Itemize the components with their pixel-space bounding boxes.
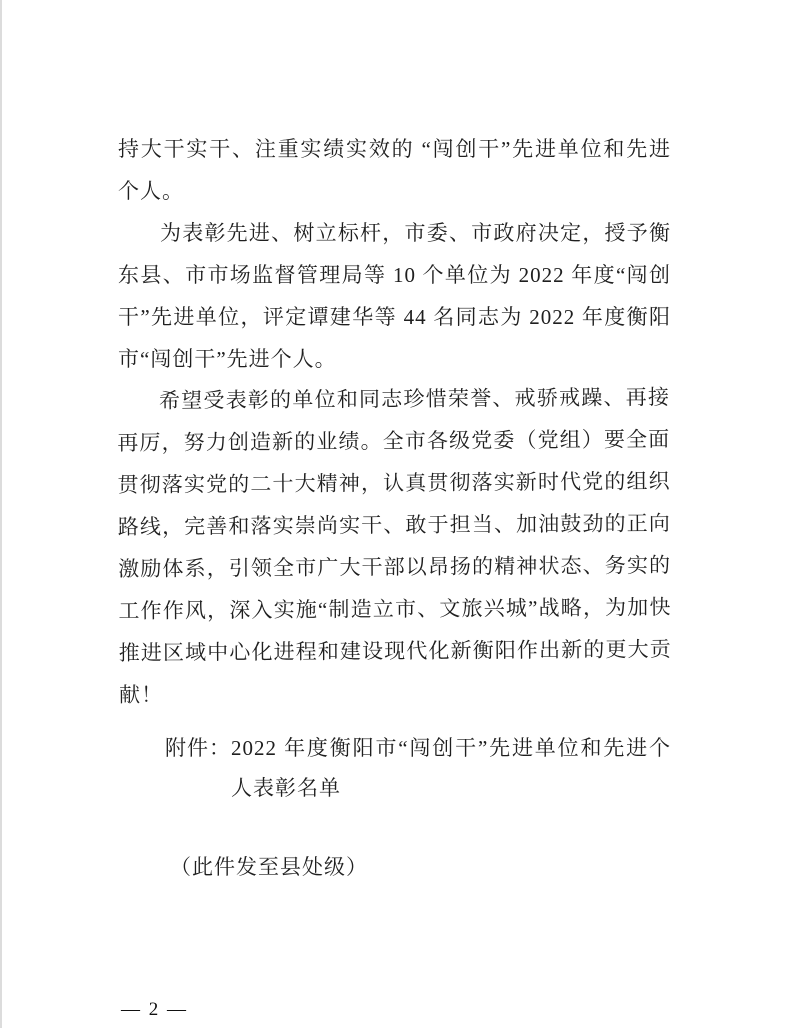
paragraph-commendation: 为表彰先进、树立标杆，市委、市政府决定，授予衡东县、市市场监督管理局等 10 个… [118, 212, 671, 380]
page-number: — 2 — [121, 999, 188, 1021]
attachment-title: 2022 年度衡阳市“闯创干”先进单位和先进个人表彰名单 [231, 728, 671, 808]
paragraph-continuation: 持大干实干、注重实绩实效的 “闯创干”先进单位和先进个人。 [118, 128, 671, 212]
paragraph-expectation: 希望受表彰的单位和同志珍惜荣誉、戒骄戒躁、再接再厉，努力创造新的业绩。全市各级党… [117, 376, 672, 716]
document-page: 持大干实干、注重实绩实效的 “闯创干”先进单位和先进个人。 为表彰先进、树立标杆… [118, 128, 671, 888]
attachment-label: 附件： [165, 728, 231, 808]
distribution-note: （此件发至县处级） [118, 846, 671, 888]
attachment-line: 附件： 2022 年度衡阳市“闯创干”先进单位和先进个人表彰名单 [165, 728, 671, 808]
scan-edge-line [0, 0, 2, 1028]
